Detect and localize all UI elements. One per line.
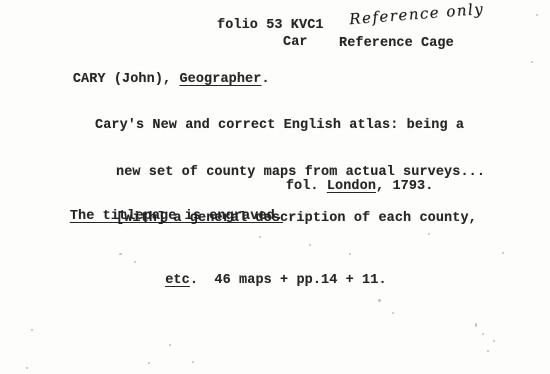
paper-speck <box>475 323 477 327</box>
paper-speck <box>378 299 381 302</box>
paper-speck <box>482 333 484 335</box>
title-line-1: Cary's New and correct English atlas: be… <box>95 118 485 134</box>
paper-speck <box>536 14 538 16</box>
paper-speck <box>392 312 394 314</box>
paper-speck <box>428 233 430 235</box>
author-name: CARY (John), <box>73 72 180 87</box>
paper-speck <box>309 244 311 246</box>
format-abbrev: fol. <box>286 179 327 194</box>
paper-speck <box>119 253 122 255</box>
etc-underlined: etc <box>165 273 190 288</box>
paper-speck <box>493 340 495 342</box>
engraved-titlepage-note: The titlepage is engraved. <box>37 193 283 240</box>
paper-speck <box>192 361 194 363</box>
paper-speck <box>502 252 504 254</box>
paper-speck <box>259 236 261 238</box>
paper-speck <box>349 253 351 255</box>
catalogue-card: Reference only folio 53 KVC1 Car Referen… <box>0 0 550 374</box>
handwritten-reference-note: Reference only <box>349 0 485 28</box>
paper-speck <box>134 261 136 263</box>
shelfmark: folio 53 KVC1 <box>217 18 324 34</box>
author-role-underlined: Geographer <box>179 72 261 87</box>
paper-speck <box>531 61 533 63</box>
title-line-4: etc. 46 maps + pp.14 + 11. <box>95 258 485 305</box>
paper-speck <box>26 367 28 369</box>
paper-speck <box>487 350 489 352</box>
location-stamp: Reference Cage <box>339 36 454 52</box>
paper-speck <box>31 329 33 331</box>
paper-speck <box>148 362 150 364</box>
imprint-place-underlined: London <box>327 179 376 194</box>
collation-statement: . 46 maps + pp.14 + 11. <box>190 273 387 288</box>
note-text-underlined: The titlepage is engraved. <box>70 209 283 224</box>
imprint-year: , 1793. <box>376 179 433 194</box>
author-heading-period: . <box>261 72 269 87</box>
paper-speck <box>169 344 171 346</box>
shelfmark-sub: Car <box>283 35 308 51</box>
